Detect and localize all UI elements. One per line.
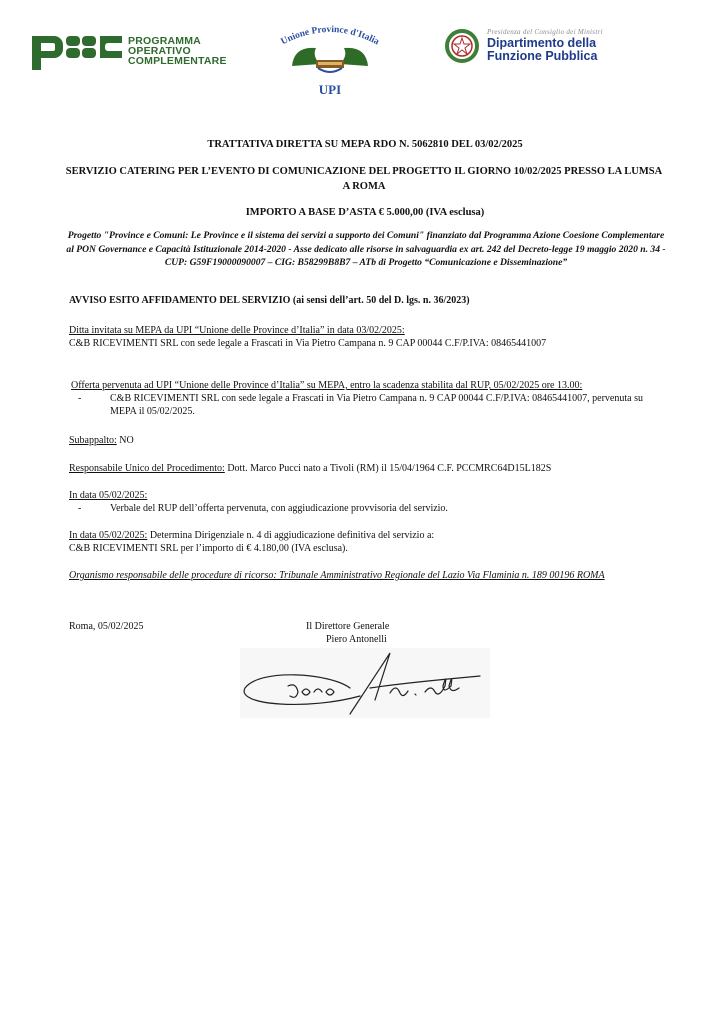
upi-crown-logo-icon: Unione Province d'Italia: [272, 18, 388, 82]
dfp-logo: Presidenza del Consiglio dei Ministri Di…: [442, 28, 642, 68]
rup: Responsabile Unico del Procedimento: Dot…: [69, 463, 669, 476]
offer-bullet: - C&B RICEVIMENTI SRL con sede legale a …: [90, 393, 660, 418]
appeal-body: Organismo responsabile delle procedure d…: [69, 570, 609, 583]
provisional-bullet: - Verbale del RUP dell’offerta pervenuta…: [90, 503, 660, 516]
subcontract-label: Subappalto:: [69, 435, 117, 446]
handwritten-signature-icon: [240, 648, 490, 718]
offer-label: Offerta pervenuta ad UPI “Unione delle P…: [71, 380, 671, 393]
offer-section: Offerta pervenuta ad UPI “Unione delle P…: [71, 380, 671, 393]
dfp-script-text: Presidenza del Consiglio dei Ministri: [487, 28, 603, 36]
rup-label: Responsabile Unico del Procedimento:: [69, 463, 225, 474]
poc-logo: PROGRAMMA OPERATIVO COMPLEMENTARE: [32, 30, 242, 74]
provisional-bullet-text: Verbale del RUP dell’offerta pervenuta, …: [90, 503, 660, 516]
invited-value: C&B RICEVIMENTI SRL con sede legale a Fr…: [69, 338, 669, 351]
dfp-name: Dipartimento della Funzione Pubblica: [487, 37, 597, 63]
project-description: Progetto "Province e Comuni: Le Province…: [66, 229, 666, 270]
dash-bullet-icon: -: [78, 503, 81, 516]
final-award: In data 05/02/2025: Determina Dirigenzia…: [69, 530, 669, 555]
document-subject: SERVIZIO CATERING PER L’EVENTO DI COMUNI…: [64, 164, 664, 194]
poc-line-3: COMPLEMENTARE: [128, 56, 227, 66]
notice-reference: (ai sensi dell’art. 50 del D. lgs. n. 36…: [290, 295, 469, 306]
notice-heading-text: AVVISO ESITO AFFIDAMENTO DEL SERVIZIO: [69, 295, 290, 306]
notice-heading: AVVISO ESITO AFFIDAMENTO DEL SERVIZIO (a…: [69, 295, 669, 308]
upi-label: UPI: [272, 82, 388, 98]
signatory-name: Piero Antonelli: [326, 634, 387, 647]
upi-logo: Unione Province d'Italia UPI: [272, 18, 388, 102]
poc-logo-icon: [32, 34, 124, 70]
subcontract-value: NO: [117, 435, 134, 446]
poc-logo-text: PROGRAMMA OPERATIVO COMPLEMENTARE: [128, 36, 227, 66]
subcontract: Subappalto: NO: [69, 435, 669, 448]
offer-bullet-text: C&B RICEVIMENTI SRL con sede legale a Fr…: [90, 393, 660, 418]
invited-label: Ditta invitata su MEPA da UPI “Unione de…: [69, 325, 669, 338]
provisional-label: In data 05/02/2025:: [69, 490, 669, 503]
final-line-2: C&B RICEVIMENTI SRL per l’importo di € 4…: [69, 543, 669, 556]
base-amount: IMPORTO A BASE D’ASTA € 5.000,00 (IVA es…: [60, 206, 670, 220]
signatory-role: Il Direttore Generale: [306, 621, 389, 634]
provisional-section: In data 05/02/2025:: [69, 490, 669, 503]
dash-bullet-icon: -: [78, 393, 81, 406]
document-title: TRATTATIVA DIRETTA SU MEPA RDO N. 506281…: [60, 138, 670, 152]
svg-text:Unione Province d'Italia: Unione Province d'Italia: [279, 25, 380, 48]
dfp-name-line-2: Funzione Pubblica: [487, 50, 597, 63]
place-date: Roma, 05/02/2025: [69, 621, 269, 634]
final-label: In data 05/02/2025:: [69, 530, 147, 541]
final-value: Determina Dirigenziale n. 4 di aggiudica…: [147, 530, 434, 541]
italian-republic-emblem-icon: [442, 28, 482, 64]
rup-value: Dott. Marco Pucci nato a Tivoli (RM) il …: [225, 463, 551, 474]
signature-area: [240, 648, 490, 718]
invited-section: Ditta invitata su MEPA da UPI “Unione de…: [69, 325, 669, 350]
